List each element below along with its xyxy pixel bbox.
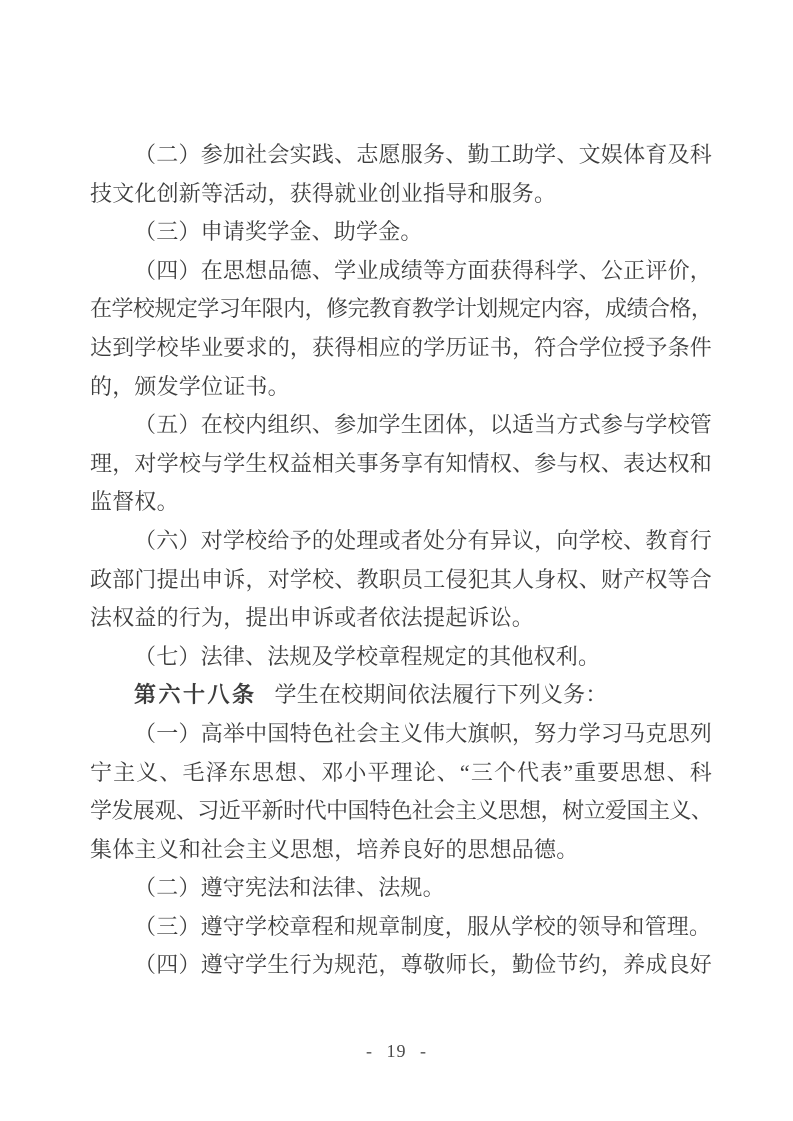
text-line: 理，对学校与学生权益相关事务享有知情权、参与权、表达权和 <box>90 445 712 484</box>
text-line: 集体主义和社会主义思想，培养良好的思想品德。 <box>90 831 712 870</box>
article-heading-text: 学生在校期间依法履行下列义务： <box>275 682 608 707</box>
text-line: （七）法律、法规及学校章程规定的其他权利。 <box>90 638 712 677</box>
text-line: （六）对学校给予的处理或者处分有异议，向学校、教育行 <box>90 522 712 561</box>
text-line: 学发展观、习近平新时代中国特色社会主义思想，树立爱国主义、 <box>90 792 712 831</box>
text-line: 技文化创新等活动，获得就业创业指导和服务。 <box>90 175 712 214</box>
text-line: 监督权。 <box>90 483 712 522</box>
text-line: （四）在思想品德、学业成绩等方面获得科学、公正评价， <box>90 252 712 291</box>
text-line: （一）高举中国特色社会主义伟大旗帜，努力学习马克思列 <box>90 715 712 754</box>
text-line: （三）遵守学校章程和规章制度，服从学校的领导和管理。 <box>90 908 712 947</box>
text-line: （二）参加社会实践、志愿服务、勤工助学、文娱体育及科 <box>90 136 712 175</box>
text-line: 法权益的行为，提出申诉或者依法提起诉讼。 <box>90 599 712 638</box>
text-line: （五）在校内组织、参加学生团体，以适当方式参与学校管 <box>90 406 712 445</box>
text-line: 宁主义、毛泽东思想、邓小平理论、“三个代表”重要思想、科 <box>90 754 712 793</box>
text-line: 在学校规定学习年限内，修完教育教学计划规定内容，成绩合格， <box>90 290 712 329</box>
page-number: - 19 - <box>0 1041 793 1062</box>
article-68-heading-line: 第六十八条学生在校期间依法履行下列义务： <box>90 676 712 715</box>
document-body: （二）参加社会实践、志愿服务、勤工助学、文娱体育及科 技文化创新等活动，获得就业… <box>90 136 712 985</box>
text-line: 政部门提出申诉，对学校、教职员工侵犯其人身权、财产权等合 <box>90 561 712 600</box>
document-page: （二）参加社会实践、志愿服务、勤工助学、文娱体育及科 技文化创新等活动，获得就业… <box>0 0 793 1121</box>
text-line: （四）遵守学生行为规范，尊敬师长，勤俭节约，养成良好 <box>90 946 712 985</box>
article-number: 第六十八条 <box>134 682 257 707</box>
text-line: 达到学校毕业要求的，获得相应的学历证书，符合学位授予条件 <box>90 329 712 368</box>
text-line: （三）申请奖学金、助学金。 <box>90 213 712 252</box>
text-line: （二）遵守宪法和法律、法规。 <box>90 869 712 908</box>
text-line: 的，颁发学位证书。 <box>90 368 712 407</box>
